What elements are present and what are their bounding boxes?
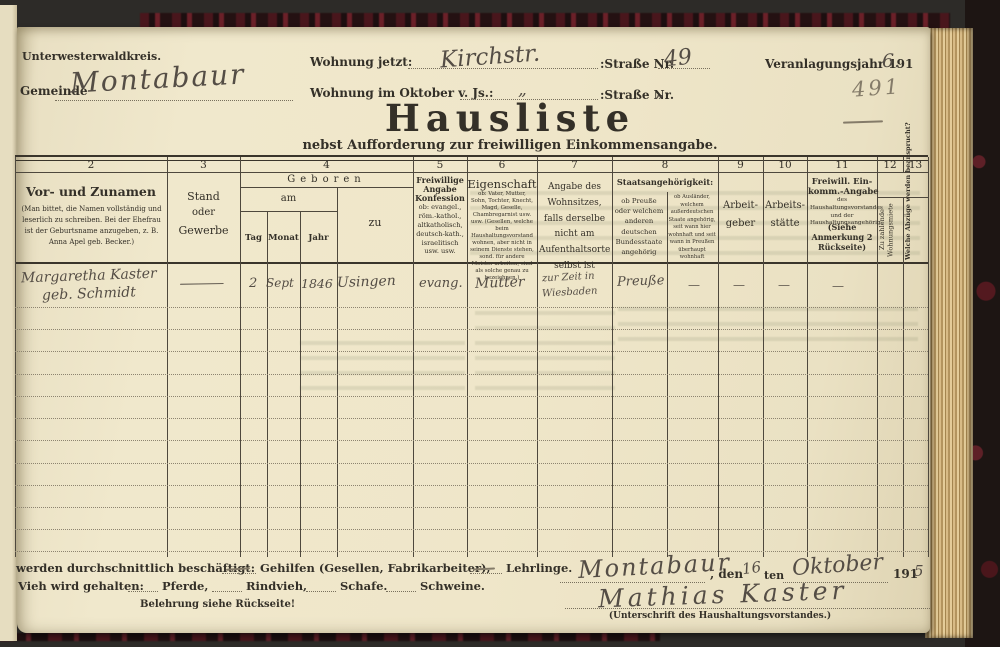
born-at-label: zu bbox=[337, 216, 413, 229]
street-number-fill-line-1 bbox=[658, 56, 710, 69]
column-7-number: 7 bbox=[537, 159, 612, 171]
month-label: Monat bbox=[267, 233, 300, 243]
names-column-note: (Man bittet, die Namen vollständig und l… bbox=[19, 204, 164, 247]
column-line bbox=[763, 157, 764, 557]
citizenship-left-note: ob Preuße oder welchem anderen deutschen… bbox=[613, 196, 665, 257]
workplace-column-title: Arbeits- bbox=[763, 200, 807, 211]
row-line bbox=[15, 529, 928, 530]
column-5-number: 5 bbox=[413, 159, 467, 171]
income-column-title: Freiwill. Ein- bbox=[808, 176, 876, 186]
row-line bbox=[15, 418, 928, 419]
horses-fill-line bbox=[128, 581, 158, 592]
income-column-see-note: (Siehe bbox=[808, 222, 876, 232]
table-rule bbox=[240, 211, 337, 212]
residence-column-title: Angabe des Wohnsitzes, falls derselbe ni… bbox=[539, 180, 610, 275]
bleedthrough-text-area bbox=[300, 330, 465, 398]
horses-label: Pferde, bbox=[162, 579, 208, 593]
entry-dash: — bbox=[733, 278, 745, 292]
column-line bbox=[337, 187, 338, 557]
pigs-fill-line bbox=[386, 581, 416, 592]
table-rule bbox=[15, 172, 928, 173]
column-9-number: 9 bbox=[718, 159, 763, 171]
citizenship-column-title: Staatsangehörigkeit: bbox=[612, 177, 718, 187]
occupation-column-title: oder bbox=[167, 207, 240, 218]
confession-column-title: Konfession bbox=[414, 193, 466, 203]
signature-fill-line bbox=[565, 598, 930, 609]
district-label: Unterwesterwaldkreis. bbox=[22, 50, 161, 63]
entry-birthplace: Usingen bbox=[337, 273, 396, 291]
cattle-fill-line bbox=[212, 581, 242, 592]
column-6-number: 6 bbox=[467, 159, 537, 171]
assistants-label: Gehilfen (Gesellen, Fabrikarbeiter), bbox=[260, 561, 490, 575]
bleedthrough-text-area bbox=[475, 300, 615, 392]
document-subtitle: nebst Aufforderung zur freiwilligen Eink… bbox=[280, 138, 740, 153]
occupation-column-title: Stand bbox=[167, 190, 240, 203]
entry-dash: — bbox=[832, 279, 844, 293]
pigs-label: Schweine. bbox=[420, 579, 485, 593]
entry-confession: evang. bbox=[419, 276, 463, 291]
year-label: Jahr bbox=[300, 233, 337, 243]
born-on-label: am bbox=[240, 193, 337, 204]
entry-dash: — bbox=[688, 278, 700, 292]
folio-number-handwritten: 491 bbox=[851, 74, 902, 101]
employed-count-label: werden durchschnittlich beschäftigt: bbox=[16, 561, 255, 575]
column-12-number: 12 bbox=[877, 159, 903, 171]
row-line bbox=[15, 507, 928, 508]
bleedthrough-text-area bbox=[618, 296, 918, 350]
date-day-handwritten: 16 bbox=[741, 558, 762, 578]
relation-column-note: ob: Vater, Mutter, Sohn, Tochter, Knecht… bbox=[470, 191, 534, 282]
entry-citizenship: Preuße bbox=[617, 273, 665, 290]
entry-birth-day: 2 bbox=[249, 276, 257, 291]
entry-occupation-dash: — bbox=[177, 275, 227, 292]
book-cover-bottom-edge bbox=[0, 633, 660, 641]
income-column-see-note: Anmerkung 2 bbox=[808, 232, 876, 242]
column-2-number: 2 bbox=[15, 159, 167, 171]
day-label: Tag bbox=[240, 233, 267, 243]
entry-birth-month: Sept bbox=[266, 276, 294, 290]
column-8-number: 8 bbox=[612, 159, 718, 171]
row-line bbox=[15, 351, 928, 352]
sheep-label: Schafe. bbox=[340, 579, 387, 593]
column-3-number: 3 bbox=[167, 159, 240, 171]
signature-caption: (Unterschrift des Haushaltungsvorstandes… bbox=[590, 611, 850, 621]
row-line bbox=[15, 551, 928, 552]
column-line bbox=[807, 157, 808, 557]
relation-column-title: Eigenschaft bbox=[467, 177, 537, 191]
entry-dash: — bbox=[778, 278, 790, 292]
names-column-title: Vor- und Zunamen bbox=[15, 184, 167, 199]
column-11-number: 11 bbox=[807, 159, 877, 171]
sheep-fill-line bbox=[306, 581, 336, 592]
cattle-label: Rindvieh, bbox=[246, 579, 307, 593]
column-10-number: 10 bbox=[763, 159, 807, 171]
livestock-label: Vieh wird gehalten: bbox=[18, 579, 144, 593]
scanned-document-photo: Unterwesterwaldkreis. Gemeinde Montabaur… bbox=[0, 0, 1000, 647]
column-line bbox=[15, 157, 16, 557]
entry-name-maiden: geb. Schmidt bbox=[42, 284, 136, 303]
column-line bbox=[267, 211, 268, 557]
income-column-see-note: Rückseite) bbox=[808, 242, 876, 252]
column-4-number: 4 bbox=[240, 159, 413, 171]
employer-column-title: geber bbox=[718, 218, 763, 229]
row-line bbox=[15, 307, 928, 308]
entry-birth-year: 1846 bbox=[301, 276, 333, 291]
column-line bbox=[537, 157, 538, 557]
entry-relation: Mutter bbox=[475, 274, 525, 292]
column-line bbox=[240, 157, 241, 557]
table-rule bbox=[240, 187, 413, 188]
occupation-column-title: Gewerbe bbox=[167, 224, 240, 237]
workplace-column-title: stätte bbox=[763, 218, 807, 229]
assessment-year-digit-handwritten: 6. bbox=[882, 50, 900, 72]
current-address-label: Wohnung jetzt: bbox=[310, 55, 412, 69]
citizenship-right-note: ob Ausländer, welchem außerdeutschen Sta… bbox=[668, 194, 716, 262]
municipality-fill-line bbox=[55, 88, 293, 101]
column-line bbox=[300, 211, 301, 557]
date-year-digit-handwritten: 5 bbox=[914, 562, 924, 580]
employer-column-title: Arbeit- bbox=[718, 200, 763, 211]
rent-column-title-vertical: Zu zahlende Wohnungsmiete bbox=[878, 200, 902, 260]
column-line bbox=[413, 157, 414, 557]
row-line bbox=[15, 329, 928, 330]
born-column-title: Geboren bbox=[240, 174, 413, 185]
row-line bbox=[15, 485, 928, 486]
column-line bbox=[928, 157, 929, 557]
row-line bbox=[15, 396, 928, 397]
column-line bbox=[718, 157, 719, 557]
book-page-edges bbox=[925, 28, 973, 638]
column-line bbox=[467, 157, 468, 557]
confession-column-note: ob: evangel., röm.-kathol., altkatholisc… bbox=[415, 203, 465, 256]
deductions-column-title-vertical: Welche Abzüge werden beansprucht? bbox=[904, 198, 927, 260]
row-line bbox=[15, 463, 928, 464]
instruction-note: Belehrung siehe Rückseite! bbox=[140, 599, 295, 610]
row-line bbox=[15, 440, 928, 441]
income-column-title: komm.-Angabe bbox=[808, 186, 876, 196]
row-line bbox=[15, 374, 928, 375]
document-title: Hausliste bbox=[330, 96, 690, 140]
